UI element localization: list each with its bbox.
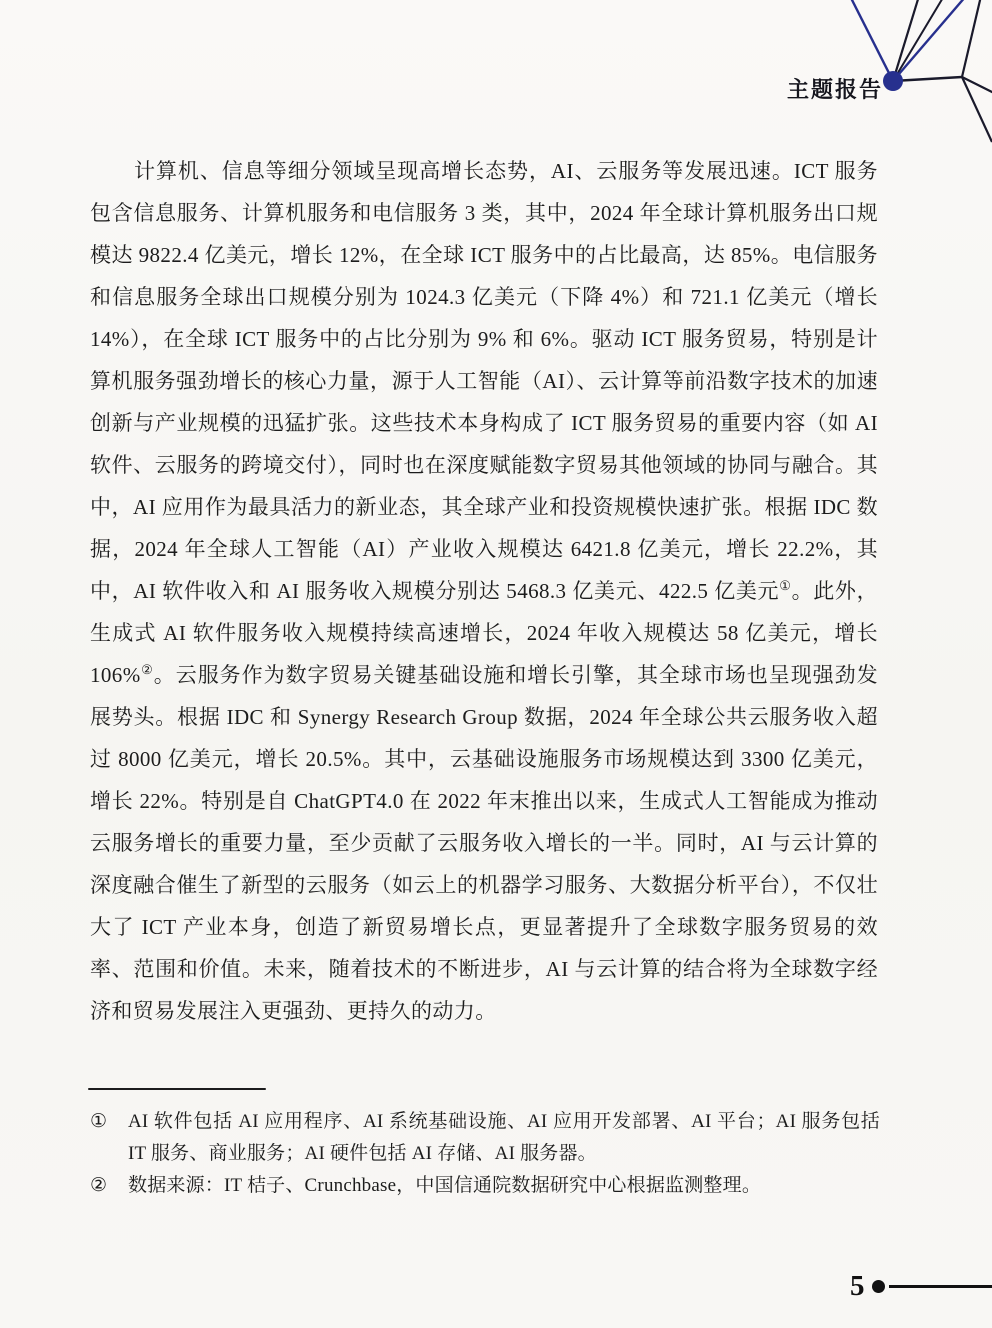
footnote-item: ① AI 软件包括 AI 应用程序、AI 系统基础设施、AI 应用开发部署、AI… <box>90 1106 880 1170</box>
body-paragraph: 计算机、信息等细分领域呈现高增长态势，AI、云服务等发展迅速。ICT 服务包含信… <box>90 150 878 1032</box>
network-edge <box>893 0 966 81</box>
network-edge <box>893 0 919 81</box>
footnote-separator <box>88 1088 266 1090</box>
footnote-text: 数据来源：IT 桔子、Crunchbase，中国信通院数据研究中心根据监测整理。 <box>128 1170 880 1202</box>
footnote-marker: ① <box>90 1106 128 1138</box>
page-number: 5 <box>850 1272 865 1301</box>
network-edge <box>962 0 981 77</box>
footnote-text: AI 软件包括 AI 应用程序、AI 系统基础设施、AI 应用开发部署、AI 平… <box>128 1106 880 1170</box>
network-graph-decoration <box>810 0 992 150</box>
network-edge <box>893 0 944 81</box>
network-edge <box>962 77 992 142</box>
footnote-item: ② 数据来源：IT 桔子、Crunchbase，中国信通院数据研究中心根据监测整… <box>90 1170 880 1202</box>
footnote-marker: ② <box>90 1170 128 1202</box>
footer-rule <box>889 1285 992 1288</box>
footer-dot-icon <box>872 1280 885 1293</box>
network-edge <box>893 77 962 81</box>
report-page: 主题报告 计算机、信息等细分领域呈现高增长态势，AI、云服务等发展迅速。ICT … <box>0 0 992 1328</box>
network-node-icon <box>883 71 903 91</box>
footnotes-section: ① AI 软件包括 AI 应用程序、AI 系统基础设施、AI 应用开发部署、AI… <box>90 1106 880 1202</box>
network-edge <box>850 0 893 81</box>
page-footer: 5 <box>850 1268 992 1304</box>
